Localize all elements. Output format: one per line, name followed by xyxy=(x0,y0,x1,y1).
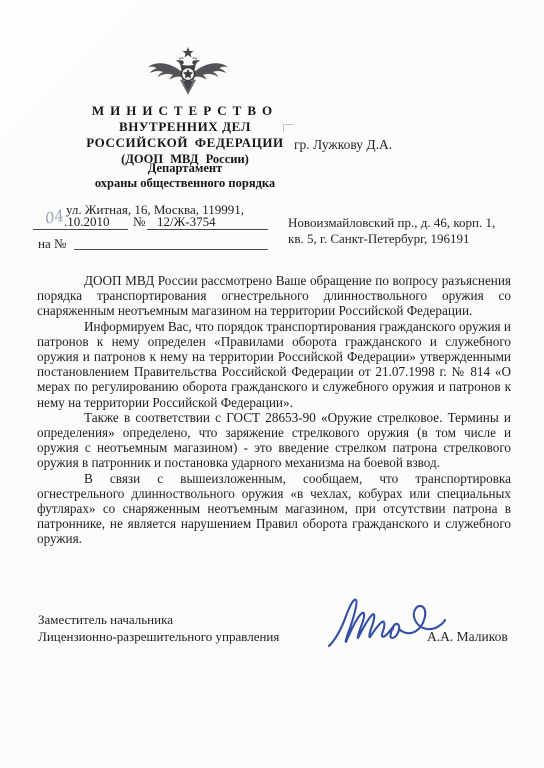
date-underline xyxy=(33,213,128,230)
reference-underline xyxy=(74,234,268,250)
letter-body: ДООП МВД России рассмотрено Ваше обращен… xyxy=(37,273,511,547)
number-underline xyxy=(147,213,268,230)
scanned-letter-page: МИНИСТЕРСТВО ВНУТРЕННИХ ДЕЛ РОССИЙСКОЙ Ф… xyxy=(0,0,544,768)
signatory-position-line: Лицензионно-разрешительного управления xyxy=(38,628,279,645)
department-line: охраны общественного порядка xyxy=(30,176,340,191)
signatory-position: Заместитель начальника Лицензионно-разре… xyxy=(38,611,279,645)
body-paragraph-2: Информируем Вас, что порядок транспортир… xyxy=(37,319,511,410)
number-sign: № xyxy=(133,214,145,230)
body-paragraph-3: Также в соответствии с ГОСТ 28653-90 «Ор… xyxy=(37,410,511,471)
recipient-address: Новоизмайловский пр., д. 46, корп. 1, кв… xyxy=(288,215,495,247)
recipient-address-line: Новоизмайловский пр., д. 46, корп. 1, xyxy=(288,215,495,231)
signatory-position-line: Заместитель начальника xyxy=(38,611,279,628)
recipient-name: гр. Лужкову Д.А. xyxy=(294,137,392,153)
recipient-address-line: кв. 5, г. Санкт-Петербург, 196191 xyxy=(288,231,495,247)
body-paragraph-1: ДООП МВД России рассмотрено Ваше обращен… xyxy=(37,273,511,319)
ministry-line: МИНИСТЕРСТВО xyxy=(30,102,340,119)
addressee-corner-mark xyxy=(283,124,294,132)
signature-autograph-icon xyxy=(325,588,455,658)
department-name: Департамент охраны общественного порядка xyxy=(30,161,340,191)
body-paragraph-4: В связи с вышеизложенным, сообщаем, что … xyxy=(37,471,511,547)
reference-number-label: на № xyxy=(38,236,66,252)
ministry-name: МИНИСТЕРСТВО ВНУТРЕННИХ ДЕЛ РОССИЙСКОЙ Ф… xyxy=(30,102,340,167)
mvd-eagle-emblem-icon xyxy=(146,45,230,103)
signatory-name: А.А. Маликов xyxy=(427,629,508,645)
department-line: Департамент xyxy=(30,161,340,176)
